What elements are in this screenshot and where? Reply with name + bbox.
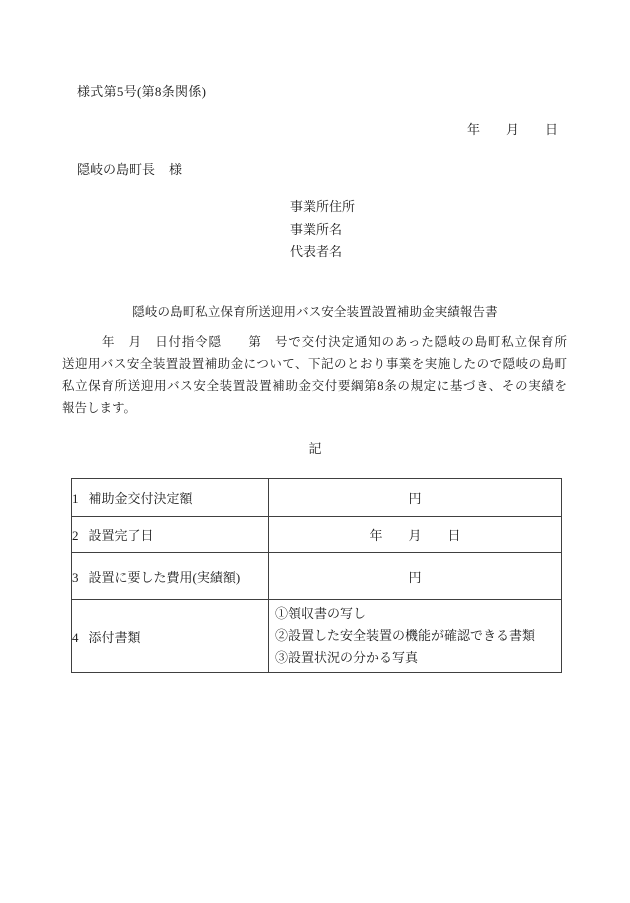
sender-address-label: 事業所住所: [290, 196, 355, 219]
addressee-honorific: 様: [169, 162, 182, 177]
row-label: 補助金交付決定額: [89, 491, 193, 506]
attachment-line: ①領収書の写し: [275, 603, 555, 625]
row-number: 1: [72, 491, 79, 506]
sender-block: 事業所住所 事業所名 代表者名: [290, 196, 355, 264]
document-title: 隠岐の島町私立保育所送迎用バス安全装置設置補助金実績報告書: [0, 302, 630, 320]
addressee-line: 隠岐の島町長様: [77, 159, 182, 178]
body-line: 送迎用バス安全装置設置補助金について、下記のとおり事業を実施したので隠岐の島町: [62, 353, 567, 375]
record-heading: 記: [0, 438, 630, 457]
row-label: 添付書類: [89, 630, 141, 645]
body-line: 年 月 日付指令隠 第 号で交付決定通知のあった隠岐の島町私立保育所: [62, 331, 567, 353]
addressee-name: 隠岐の島町長: [77, 162, 155, 177]
attachment-line: ③設置状況の分かる写真: [275, 647, 555, 669]
row-label-cell: 1補助金交付決定額: [72, 479, 269, 517]
row-value-cell: ①領収書の写し ②設置した安全装置の機能が確認できる書類 ③設置状況の分かる写真: [269, 600, 562, 673]
row-value-cell: 円: [269, 553, 562, 600]
issue-date-line: 年 月 日: [467, 119, 558, 138]
body-paragraph: 年 月 日付指令隠 第 号で交付決定通知のあった隠岐の島町私立保育所 送迎用バス…: [62, 331, 567, 419]
row-value-cell: 年 月 日: [269, 517, 562, 553]
sender-name-label: 事業所名: [290, 219, 355, 242]
row-label: 設置に要した費用(実績額): [89, 570, 241, 585]
row-number: 2: [72, 528, 79, 543]
row-value-cell: 円: [269, 479, 562, 517]
body-line: 報告します。: [62, 397, 567, 419]
document-page: 様式第5号(第8条関係) 年 月 日 隠岐の島町長様 事業所住所 事業所名 代表…: [0, 0, 630, 903]
row-label-cell: 3設置に要した費用(実績額): [72, 553, 269, 600]
attachment-line: ②設置した安全装置の機能が確認できる書類: [275, 625, 555, 647]
row-label-cell: 2設置完了日: [72, 517, 269, 553]
sender-representative-label: 代表者名: [290, 241, 355, 264]
form-number: 様式第5号(第8条関係): [77, 81, 206, 100]
table-row: 3設置に要した費用(実績額) 円: [72, 553, 562, 600]
row-number: 3: [72, 570, 79, 585]
row-label: 設置完了日: [89, 528, 154, 543]
row-label-cell: 4添付書類: [72, 600, 269, 673]
table-row: 1補助金交付決定額 円: [72, 479, 562, 517]
report-table: 1補助金交付決定額 円 2設置完了日 年 月 日 3設置に要した費用(実績額) …: [71, 478, 562, 673]
row-number: 4: [72, 630, 79, 645]
table-row: 4添付書類 ①領収書の写し ②設置した安全装置の機能が確認できる書類 ③設置状況…: [72, 600, 562, 673]
body-line: 私立保育所送迎用バス安全装置設置補助金交付要綱第8条の規定に基づき、その実績を: [62, 375, 567, 397]
table-row: 2設置完了日 年 月 日: [72, 517, 562, 553]
